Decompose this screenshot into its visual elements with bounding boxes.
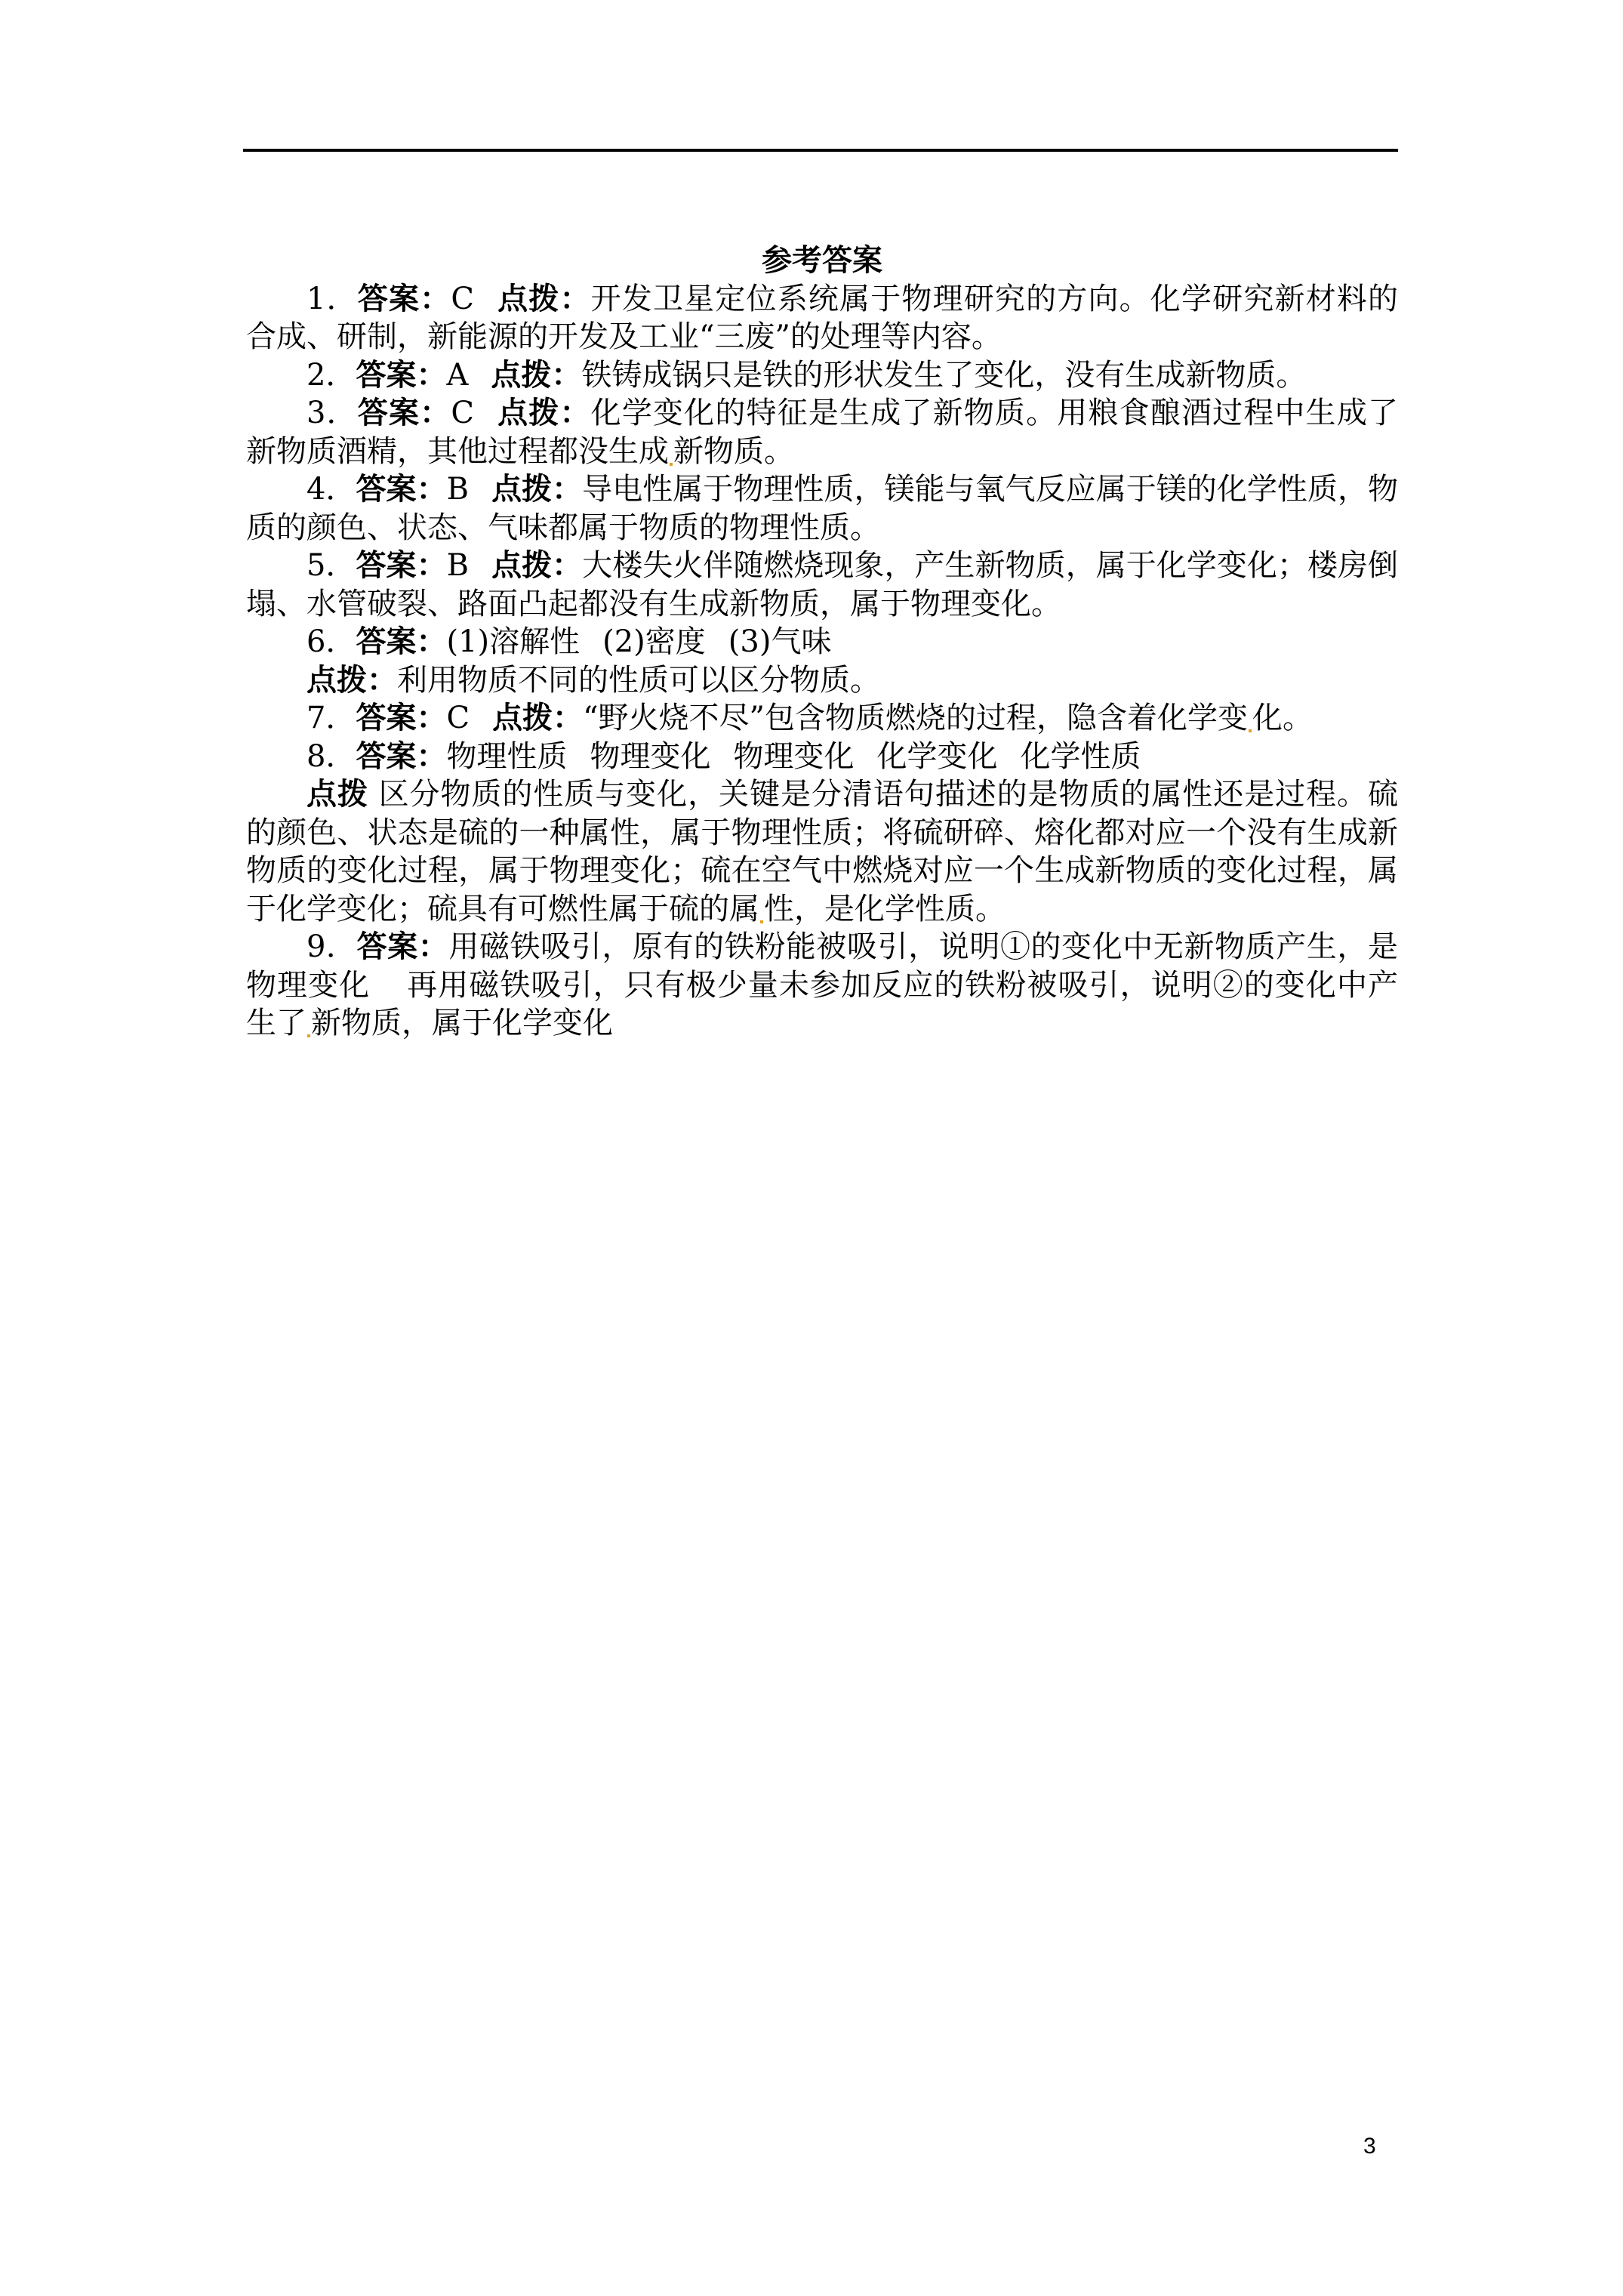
hint-text-cont: 新物质。 xyxy=(673,434,794,469)
answer-value: B xyxy=(447,472,469,507)
answer-value: C xyxy=(451,396,474,430)
answer-label: 答案： xyxy=(356,700,446,735)
edit-mark xyxy=(307,1034,310,1037)
answer-item-7: 7．答案：C点拨：“野火烧不尽”包含物质燃烧的过程，隐含着化学变化。 xyxy=(246,699,1398,738)
answer-value: 物理性质 xyxy=(446,739,567,774)
answer-label: 答案： xyxy=(356,547,447,583)
answer-key-content: 参考答案 1．答案：C点拨：开发卫星定位系统属于物理研究的方向。化学研究新材料的… xyxy=(246,242,1398,1043)
answer-text-end: 新物质，属于化学变化 xyxy=(311,1006,613,1040)
page-number: 3 xyxy=(1363,2134,1376,2159)
hint-label: 点拨： xyxy=(491,357,581,393)
answer-item-8-hint: 点拨 区分物质的性质与变化，关键是分清语句描述的是物质的属性还是过程。硫的颜色、… xyxy=(246,775,1398,928)
answer-value: (3)气味 xyxy=(728,624,832,659)
answer-item-3: 3．答案：C点拨：化学变化的特征是生成了新物质。用粮食酿酒过程中生成了新物质酒精… xyxy=(246,394,1398,470)
hint-label: 点拨： xyxy=(497,281,591,316)
item-number: 1． xyxy=(306,282,358,316)
answer-label: 答案： xyxy=(358,395,451,430)
item-number: 6． xyxy=(306,624,356,659)
answer-value: 化学性质 xyxy=(1020,739,1141,774)
hint-text: “野火烧不尽”包含物质燃烧的过程，隐含着化学变 xyxy=(583,701,1248,735)
item-number: 4． xyxy=(306,472,356,507)
answer-value: 物理变化 xyxy=(733,739,854,774)
answer-item-2: 2．答案：A点拨：铁铸成锅只是铁的形状发生了变化，没有生成新物质。 xyxy=(246,356,1398,395)
answer-item-9: 9．答案：用磁铁吸引，原有的铁粉能被吸引，说明①的变化中无新物质产生，是物理变化… xyxy=(246,928,1398,1043)
answer-value: C xyxy=(446,701,470,735)
item-number: 3． xyxy=(306,396,358,430)
answer-label: 答案： xyxy=(358,281,451,316)
answer-item-5: 5．答案：B点拨：大楼失火伴随燃烧现象，产生新物质，属于化学变化；楼房倒塌、水管… xyxy=(246,547,1398,623)
hint-text: 铁铸成锅只是铁的形状发生了变化，没有生成新物质。 xyxy=(581,358,1306,393)
hint-label: 点拨： xyxy=(306,662,397,698)
answer-value: (2)密度 xyxy=(602,624,706,659)
item-number: 2． xyxy=(306,358,356,393)
answer-item-1: 1．答案：C点拨：开发卫星定位系统属于物理研究的方向。化学研究新材料的合成、研制… xyxy=(246,280,1398,356)
hint-label: 点拨： xyxy=(497,395,591,430)
answer-item-4: 4．答案：B点拨：导电性属于物理性质，镁能与氧气反应属于镁的化学性质，物质的颜色… xyxy=(246,470,1398,547)
answer-item-6: 6．答案：(1)溶解性(2)密度(3)气味 xyxy=(246,623,1398,661)
answer-item-8: 8．答案：物理性质物理变化物理变化化学变化化学性质 xyxy=(246,738,1398,776)
hint-text-cont: 化。 xyxy=(1252,701,1313,735)
hint-label: 点拨 xyxy=(306,776,368,812)
item-number: 7． xyxy=(306,701,356,735)
hint-text: 利用物质不同的性质可以区分物质。 xyxy=(397,663,880,698)
header-rule xyxy=(243,149,1398,152)
hint-label: 点拨： xyxy=(491,547,582,583)
document-page: 参考答案 1．答案：C点拨：开发卫星定位系统属于物理研究的方向。化学研究新材料的… xyxy=(0,0,1623,2296)
answer-value: B xyxy=(447,548,469,583)
hint-label: 点拨： xyxy=(492,700,583,735)
edit-mark xyxy=(670,463,673,466)
edit-mark xyxy=(760,920,763,923)
hint-label: 点拨： xyxy=(491,471,582,507)
answer-value: 物理变化 xyxy=(590,739,710,774)
answer-value: (1)溶解性 xyxy=(446,624,580,659)
answer-value: A xyxy=(446,358,468,393)
answer-value: 化学变化 xyxy=(876,739,997,774)
answer-label: 答案： xyxy=(356,357,446,393)
answer-value: C xyxy=(451,282,474,316)
item-number: 5． xyxy=(306,548,356,583)
item-number: 8． xyxy=(306,739,356,774)
answer-label: 答案： xyxy=(356,624,446,659)
answer-label: 答案： xyxy=(356,738,446,774)
hint-text-cont: 性，是化学性质。 xyxy=(764,892,1006,926)
item-number: 9． xyxy=(306,929,357,964)
page-title: 参考答案 xyxy=(246,242,1398,280)
answer-label: 答案： xyxy=(357,929,449,964)
answer-label: 答案： xyxy=(356,471,447,507)
answer-item-6-hint: 点拨：利用物质不同的性质可以区分物质。 xyxy=(246,661,1398,700)
edit-mark xyxy=(1249,729,1252,732)
